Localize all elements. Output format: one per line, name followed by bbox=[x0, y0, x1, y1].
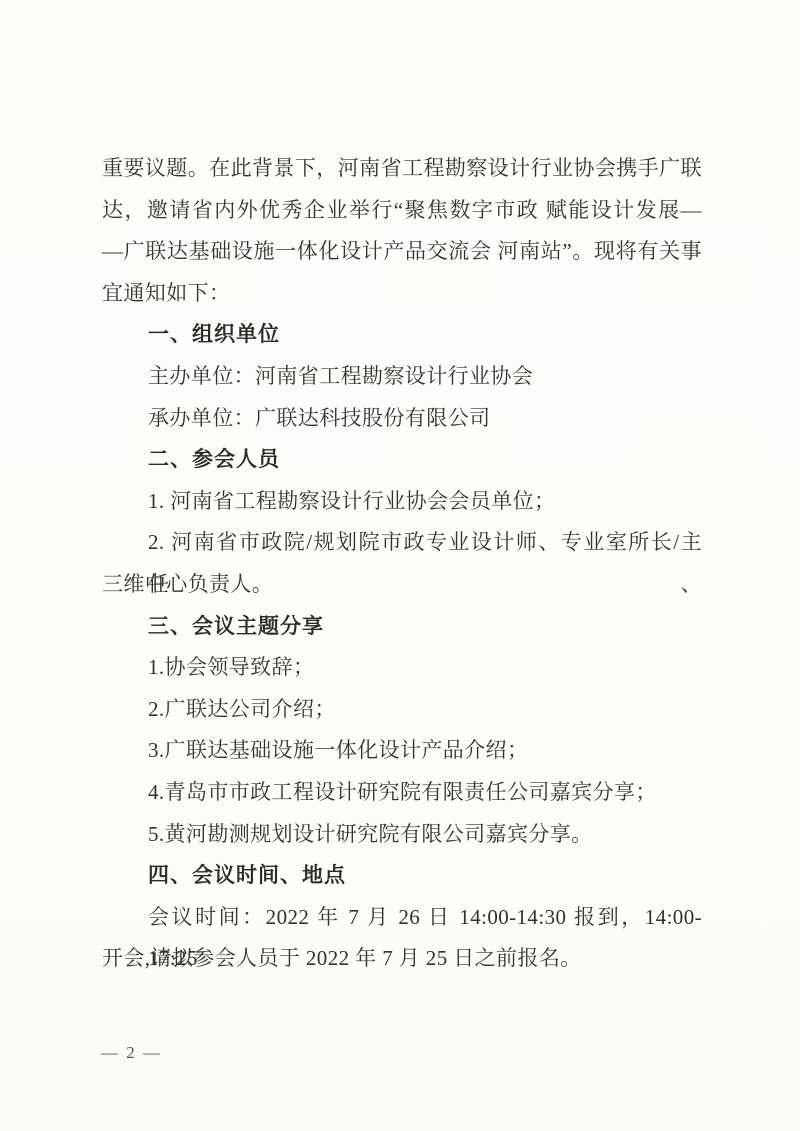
paragraph-line: 重要议题。在此背景下，河南省工程勘察设计行业协会携手广联 bbox=[102, 148, 702, 190]
meeting-time-line: 会议时间：2022 年 7 月 26 日 14:00-14:30 报到，14:0… bbox=[102, 897, 702, 939]
organizer-unit-line: 承办单位：广联达科技股份有限公司 bbox=[102, 398, 702, 440]
meeting-time-continuation: 开会,请拟参会人员于 2022 年 7 月 25 日之前报名。 bbox=[102, 938, 702, 980]
topic-item: 3.广联达基础设施一体化设计产品介绍； bbox=[102, 730, 702, 772]
paragraph-line: 宜通知如下： bbox=[102, 273, 702, 315]
section-heading-time-place: 四、会议时间、地点 bbox=[102, 855, 702, 897]
section-heading-organizers: 一、组织单位 bbox=[102, 314, 702, 356]
participant-item: 2. 河南省市政院/规划院市政专业设计师、专业室所长/主任、 bbox=[102, 522, 702, 564]
document-content: 重要议题。在此背景下，河南省工程勘察设计行业协会携手广联 达，邀请省内外优秀企业… bbox=[102, 148, 702, 980]
section-heading-participants: 二、参会人员 bbox=[102, 439, 702, 481]
scanned-document-page: 重要议题。在此背景下，河南省工程勘察设计行业协会携手广联 达，邀请省内外优秀企业… bbox=[0, 0, 800, 1131]
topic-item: 2.广联达公司介绍； bbox=[102, 689, 702, 731]
topic-item: 1.协会领导致辞； bbox=[102, 647, 702, 689]
host-unit-line: 主办单位：河南省工程勘察设计行业协会 bbox=[102, 356, 702, 398]
topic-item: 5.黄河勘测规划设计研究院有限公司嘉宾分享。 bbox=[102, 814, 702, 856]
page-number: — 2 — bbox=[101, 1042, 162, 1064]
paragraph-line: —广联达基础设施一体化设计产品交流会 河南站”。现将有关事 bbox=[102, 231, 702, 273]
participant-item: 1. 河南省工程勘察设计行业协会会员单位； bbox=[102, 481, 702, 523]
paragraph-line: 达，邀请省内外优秀企业举行“聚焦数字市政 赋能设计发展— bbox=[102, 190, 702, 232]
topic-item: 4.青岛市市政工程设计研究院有限责任公司嘉宾分享； bbox=[102, 772, 702, 814]
section-heading-topics: 三、会议主题分享 bbox=[102, 606, 702, 648]
